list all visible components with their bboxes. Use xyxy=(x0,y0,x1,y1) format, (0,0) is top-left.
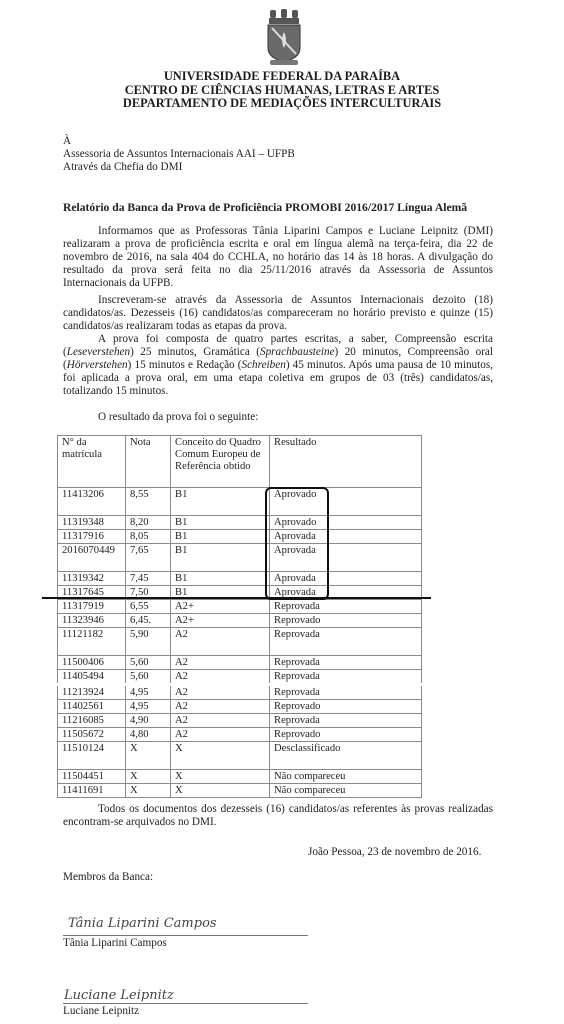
cell-resultado: Reprovada xyxy=(270,714,422,728)
cell-conceito: X xyxy=(171,742,270,770)
cell-matricula: 11504451 xyxy=(58,770,126,784)
signer-name: Tânia Liparini Campos xyxy=(63,937,167,949)
cell-nota: 5,90 xyxy=(126,628,171,656)
cell-matricula: 11121182 xyxy=(58,628,126,656)
table-row: 115056724,80A2Reprovado xyxy=(58,728,422,742)
term-schreiben: Schreiben xyxy=(241,359,285,371)
cell-matricula: 11319342 xyxy=(58,572,126,586)
cell-matricula: 11319348 xyxy=(58,516,126,530)
cell-nota: 4,95 xyxy=(126,685,171,700)
table-row: 113179196,55A2+Reprovada xyxy=(58,600,422,614)
paragraph-exam-info: Informamos que as Professoras Tânia Lipa… xyxy=(63,225,493,290)
header-line-center: CENTRO DE CIÊNCIAS HUMANAS, LETRAS E ART… xyxy=(0,84,564,98)
table-row: 115004065,60A2Reprovada xyxy=(58,656,422,670)
cell-matricula: 11505672 xyxy=(58,728,126,742)
cell-resultado: Reprovada xyxy=(270,685,422,700)
cell-resultado: Reprovada xyxy=(270,600,422,614)
cell-matricula: 11216085 xyxy=(58,714,126,728)
cell-nota: 5,60 xyxy=(126,656,171,670)
cell-matricula: 11317919 xyxy=(58,600,126,614)
cell-matricula: 11500406 xyxy=(58,656,126,670)
cell-conceito: A2 xyxy=(171,700,270,714)
cell-matricula: 11510124 xyxy=(58,742,126,770)
addressee-line: Assessoria de Assuntos Internacionais AA… xyxy=(63,148,295,161)
table-row: 113179168,05B1Aprovada xyxy=(58,530,422,544)
column-header-resultado: Resultado xyxy=(270,436,422,488)
cell-conceito: A2 xyxy=(171,714,270,728)
cell-resultado: Não compareceu xyxy=(270,784,422,798)
column-header-nota: Nota xyxy=(126,436,171,488)
paragraph-text: ) 25 minutos, Gramática ( xyxy=(130,346,260,358)
committee-label: Membros da Banca: xyxy=(63,871,153,883)
table-row: 113193488,20B1Aprovado xyxy=(58,516,422,530)
column-header-conceito: Conceito do Quadro Comum Europeu de Refe… xyxy=(171,436,270,488)
report-title: Relatório da Banca da Prova de Proficiên… xyxy=(63,201,467,214)
cell-nota: 8,05 xyxy=(126,530,171,544)
cell-conceito: X xyxy=(171,770,270,784)
column-header-matricula: N° da matrícula xyxy=(58,436,126,488)
addressee-line: À xyxy=(63,135,295,148)
table-row: 11504451XXNão compareceu xyxy=(58,770,422,784)
place-date: João Pessoa, 23 de novembro de 2016. xyxy=(308,846,481,858)
table-header-row: N° da matrícula Nota Conceito do Quadro … xyxy=(58,436,422,488)
cell-nota: 4,95 xyxy=(126,700,171,714)
cell-resultado: Não compareceu xyxy=(270,770,422,784)
cell-nota: 6,45. xyxy=(126,614,171,628)
table-row: 11510124XXDesclassificado xyxy=(58,742,422,770)
signature-handwritten: Luciane Leipnitz xyxy=(64,988,174,1003)
cell-conceito: A2 xyxy=(171,656,270,670)
cell-resultado: Reprovada xyxy=(270,670,422,685)
paragraph-exam-structure: A prova foi composta de quatro partes es… xyxy=(63,333,493,398)
approval-cutoff-line xyxy=(42,597,431,599)
cell-matricula: 11317916 xyxy=(58,530,126,544)
cell-nota: 5,60 xyxy=(126,670,171,685)
university-crest-icon xyxy=(262,8,306,66)
term-sprachbausteine: Sprachbausteine xyxy=(260,346,335,358)
table-row: 112139244,95A2Reprovada xyxy=(58,685,422,700)
table-row: 113239466,45.A2+Reprovado xyxy=(58,614,422,628)
paragraph-text: Todos os documentos dos dezesseis (16) c… xyxy=(63,803,493,828)
cell-matricula: 11411691 xyxy=(58,784,126,798)
cell-conceito: A2 xyxy=(171,670,270,685)
header-line-department: DEPARTAMENTO DE MEDIAÇÕES INTERCULTURAIS xyxy=(0,97,564,111)
cell-conceito: A2+ xyxy=(171,614,270,628)
signature-line xyxy=(63,935,308,936)
cell-conceito: A2 xyxy=(171,685,270,700)
cell-resultado: Reprovado xyxy=(270,614,422,628)
cell-nota: 8,55 xyxy=(126,488,171,516)
paragraph-text: Inscreveram-se através da Assessoria de … xyxy=(63,294,493,332)
table-row: 113193427,45B1Aprovada xyxy=(58,572,422,586)
cell-nota: 7,45 xyxy=(126,572,171,586)
cell-matricula: 11413206 xyxy=(58,488,126,516)
cell-matricula: 2016070449 xyxy=(58,544,126,572)
signer-name: Luciane Leipnitz xyxy=(63,1005,139,1017)
cell-conceito: X xyxy=(171,784,270,798)
paragraph-candidates: Inscreveram-se através da Assessoria de … xyxy=(63,294,493,333)
cell-conceito: A2+ xyxy=(171,600,270,614)
table-row: 114025614,95A2Reprovado xyxy=(58,700,422,714)
result-intro: O resultado da prova foi o seguinte: xyxy=(98,411,258,423)
header-line-university: UNIVERSIDADE FEDERAL DA PARAÍBA xyxy=(0,70,564,84)
cell-matricula: 11405494 xyxy=(58,670,126,685)
addressee-block: À Assessoria de Assuntos Internacionais … xyxy=(63,135,295,174)
cell-resultado: Desclassificado xyxy=(270,742,422,770)
cell-nota: X xyxy=(126,742,171,770)
paragraph-closing: Todos os documentos dos dezesseis (16) c… xyxy=(63,803,493,829)
cell-conceito: B1 xyxy=(171,544,270,572)
approved-highlight-box xyxy=(265,487,329,600)
signature-line xyxy=(63,1003,308,1004)
cell-conceito: A2 xyxy=(171,728,270,742)
cell-nota: 4,90 xyxy=(126,714,171,728)
table-row: 20160704497,65B1Aprovada xyxy=(58,544,422,572)
table-row: 11411691XXNão compareceu xyxy=(58,784,422,798)
table-row: 114054945,60A2Reprovada xyxy=(58,670,422,685)
cell-resultado: Reprovado xyxy=(270,700,422,714)
cell-conceito: B1 xyxy=(171,530,270,544)
cell-conceito: A2 xyxy=(171,628,270,656)
paragraph-text: ) 15 minutos e Redação ( xyxy=(128,359,242,371)
term-horverstehen: Hörverstehen xyxy=(67,359,128,371)
cell-conceito: B1 xyxy=(171,488,270,516)
cell-nota: 6,55 xyxy=(126,600,171,614)
cell-matricula: 11213924 xyxy=(58,685,126,700)
addressee-line: Através da Chefia do DMI xyxy=(63,161,295,174)
institution-header: UNIVERSIDADE FEDERAL DA PARAÍBA CENTRO D… xyxy=(0,70,564,111)
cell-nota: 4,80 xyxy=(126,728,171,742)
cell-resultado: Reprovado xyxy=(270,728,422,742)
cell-conceito: B1 xyxy=(171,572,270,586)
cell-matricula: 11323946 xyxy=(58,614,126,628)
cell-nota: 8,20 xyxy=(126,516,171,530)
cell-nota: X xyxy=(126,770,171,784)
table-row: 114132068,55B1Aprovado xyxy=(58,488,422,516)
cell-nota: 7,65 xyxy=(126,544,171,572)
signature-handwritten: Tânia Liparini Campos xyxy=(68,916,217,931)
cell-nota: X xyxy=(126,784,171,798)
term-leseverstehen: Leseverstehen xyxy=(67,346,130,358)
cell-resultado: Reprovada xyxy=(270,628,422,656)
cell-matricula: 11402561 xyxy=(58,700,126,714)
cell-resultado: Reprovada xyxy=(270,656,422,670)
table-row: 111211825,90A2Reprovada xyxy=(58,628,422,656)
table-row: 112160854,90A2Reprovada xyxy=(58,714,422,728)
paragraph-text: Informamos que as Professoras Tânia Lipa… xyxy=(63,225,493,289)
results-table: N° da matrícula Nota Conceito do Quadro … xyxy=(57,435,422,798)
cell-conceito: B1 xyxy=(171,516,270,530)
